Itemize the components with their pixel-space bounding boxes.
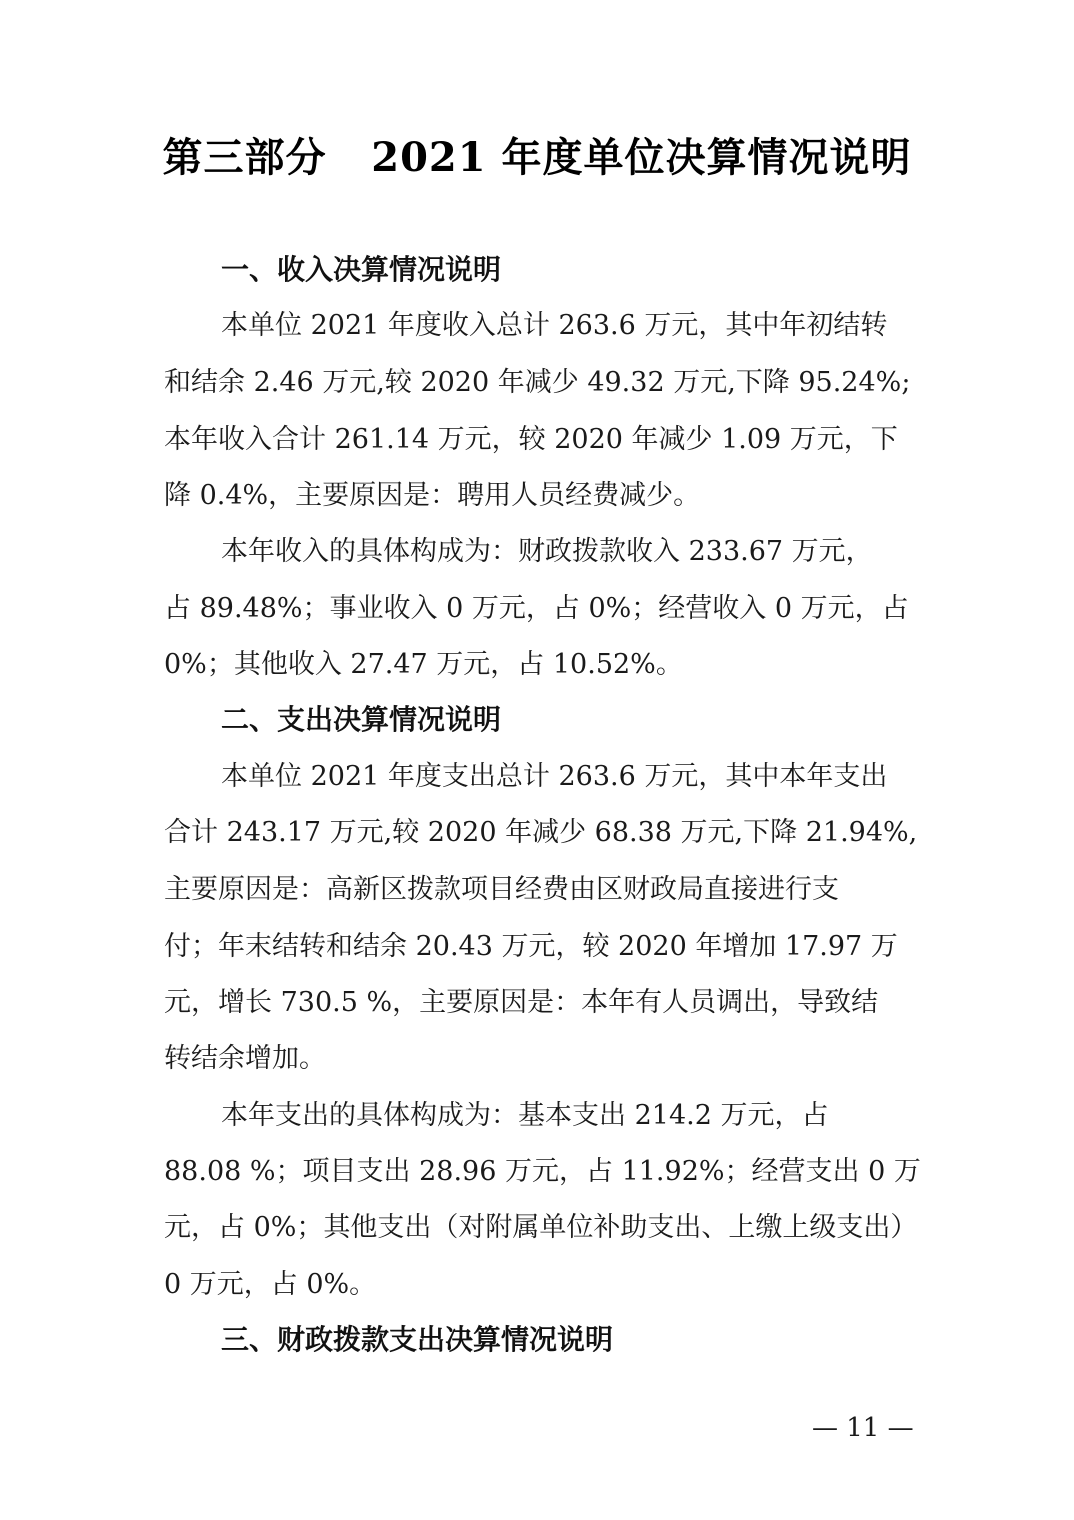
text-line: 0%；其他收入 27.47 万元，占 10.52%。 bbox=[164, 645, 683, 685]
page-title: 第三部分 2021 年度单位决算情况说明 bbox=[0, 128, 1074, 188]
text-line: 0 万元，占 0%。 bbox=[164, 1265, 376, 1305]
text-line: 主要原因是：高新区拨款项目经费由区财政局直接进行支 bbox=[164, 870, 839, 910]
page-number: — 11 — bbox=[812, 1408, 914, 1448]
text-line: 占 89.48%；事业收入 0 万元，占 0%；经营收入 0 万元，占 bbox=[164, 589, 909, 629]
text-line: 合计 243.17 万元,较 2020 年减少 68.38 万元,下降 21.9… bbox=[164, 813, 917, 853]
document-page: 第三部分 2021 年度单位决算情况说明 一、收入决算情况说明 本单位 2021… bbox=[0, 0, 1074, 1520]
text-line: 元，增长 730.5 %，主要原因是：本年有人员调出，导致结 bbox=[164, 983, 878, 1023]
section-heading-expenditure: 二、支出决算情况说明 bbox=[221, 700, 501, 740]
text-line: 降 0.4%，主要原因是：聘用人员经费减少。 bbox=[164, 476, 700, 516]
text-line: 付；年末结转和结余 20.43 万元，较 2020 年增加 17.97 万 bbox=[164, 927, 898, 967]
text-line: 本年收入合计 261.14 万元，较 2020 年减少 1.09 万元，下 bbox=[164, 420, 898, 460]
text-line: 元，占 0%；其他支出（对附属单位补助支出、上缴上级支出） bbox=[164, 1208, 917, 1248]
text-line: 本年收入的具体构成为：财政拨款收入 233.67 万元， bbox=[221, 532, 873, 572]
section-heading-fiscal-appropriation: 三、财政拨款支出决算情况说明 bbox=[221, 1320, 613, 1360]
text-line: 转结余增加。 bbox=[164, 1039, 326, 1079]
text-line: 本单位 2021 年度支出总计 263.6 万元，其中本年支出 bbox=[221, 757, 887, 797]
text-line: 和结余 2.46 万元,较 2020 年减少 49.32 万元,下降 95.24… bbox=[164, 363, 910, 403]
text-line: 本单位 2021 年度收入总计 263.6 万元，其中年初结转 bbox=[221, 306, 887, 346]
text-line: 88.08 %；项目支出 28.96 万元，占 11.92%；经营支出 0 万 bbox=[164, 1152, 921, 1192]
text-line: 本年支出的具体构成为：基本支出 214.2 万元，占 bbox=[221, 1096, 828, 1136]
section-heading-income: 一、收入决算情况说明 bbox=[221, 250, 501, 290]
